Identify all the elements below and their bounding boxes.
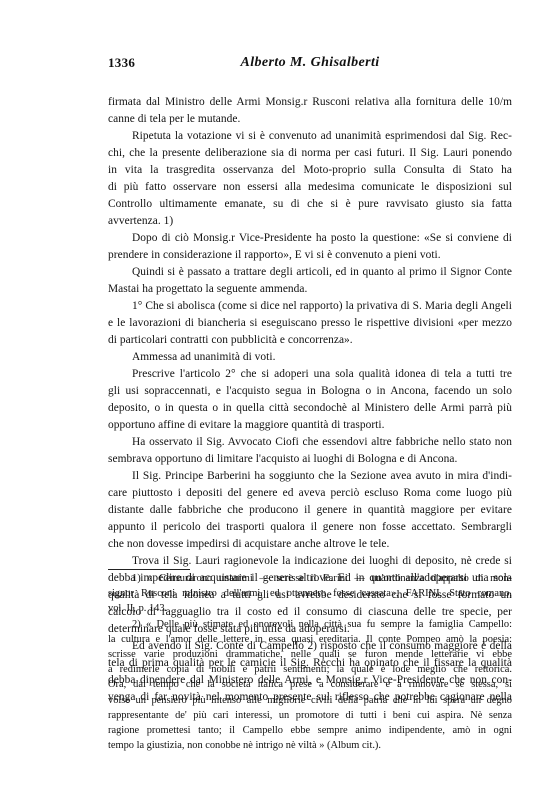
- running-title: Alberto M. Ghisalberti: [108, 55, 512, 71]
- footnote-line: signor Rusconi ministro dell'armi, ed ot…: [108, 586, 512, 601]
- footnote-line: vol. II, p. 143.: [108, 601, 512, 616]
- text-line: distante dalle fabbriche che producono i…: [108, 502, 512, 519]
- text-line: Ha osservato il Sig. Avvocato Ciofi che …: [108, 434, 512, 451]
- text-line: sembrava opportuno di limitare l'acquist…: [108, 451, 512, 468]
- text-line: di particolari contratti con pubblicità …: [108, 332, 512, 349]
- text-line: che non dovesse impedirsi di acquistare …: [108, 536, 512, 553]
- text-line: e le lavorazioni di biancheria si esegui…: [108, 315, 512, 332]
- text-line: care piuttosto i depositi del genere ed …: [108, 485, 512, 502]
- footnote-line: volse un pensiero più intenso alle migli…: [108, 693, 512, 708]
- text-line: di più fatto osservare non essersi alla …: [108, 179, 512, 196]
- page-header: 1336 Alberto M. Ghisalberti: [108, 55, 512, 73]
- footnote-line: scrisse varie produzioni drammatiche, ne…: [108, 647, 512, 662]
- text-line: Controllo ultimamente emanate, su di che…: [108, 196, 512, 213]
- scanned-book-page: 1336 Alberto M. Ghisalberti firmata dal …: [0, 0, 550, 802]
- text-line: gli usi sopraccennati, e l'acquisto segu…: [108, 383, 512, 400]
- footnote-line: rappresentante de' più cari interessi, u…: [108, 708, 512, 723]
- text-line: Trova il Sig. Lauri ragionevole la indic…: [108, 553, 512, 570]
- footnotes: 1) « Censurarono unanimi — scrisse il Fa…: [108, 571, 512, 753]
- footnote-separator-rule: [108, 569, 190, 570]
- footnote-line: a redimerle copia di nobili e patrii sen…: [108, 662, 512, 677]
- text-line: deposito, o in questa o in quella città …: [108, 400, 512, 417]
- text-line: canne di tela per le mutande.: [108, 111, 512, 128]
- footnote-line: 1) « Censurarono unanimi — scrisse il Fa…: [108, 571, 512, 586]
- footnote-line: Ora, dal tempo che la società italica pr…: [108, 677, 512, 692]
- text-line: Prescrive l'articolo 2° che si adoperi u…: [108, 366, 512, 383]
- text-line: Il Sig. Principe Barberini ha soggiunto …: [108, 468, 512, 485]
- text-line: Dopo di ciò Monsig.r Vice-Presidente ha …: [108, 230, 512, 247]
- footnote-line: ragione promettesi tanto; il Campello eb…: [108, 723, 512, 738]
- text-line: opportuno affine di evitare la maggiore …: [108, 417, 512, 434]
- text-line: 1° Che si abolisca (come si dice nel rap…: [108, 298, 512, 315]
- text-line: chi, che la presente deliberazione sia d…: [108, 145, 512, 162]
- text-line: in vita la trasgredita osservanza del Mo…: [108, 162, 512, 179]
- text-line: Mastai ha progettato la seguente ammenda…: [108, 281, 512, 298]
- footnote-line: 2) « Delle più stimate ed onorevoli nell…: [108, 617, 512, 632]
- text-line: Quindi si è passato a trattare degli art…: [108, 264, 512, 281]
- text-line: firmata dal Ministro delle Armi Monsig.r…: [108, 94, 512, 111]
- text-line: avvertenza. 1): [108, 213, 512, 230]
- text-line: Ripetuta la votazione vi si è convenuto …: [108, 128, 512, 145]
- text-line: Ammessa ad unanimità di voti.: [108, 349, 512, 366]
- footnote-line: la cultura e l'amor delle lettere in ess…: [108, 632, 512, 647]
- footnote-line: tempo la giustizia, non conobbe nè intri…: [108, 738, 512, 753]
- text-line: prendere in considerazione il rapporto»,…: [108, 247, 512, 264]
- text-line: appunto il pericolo dei trasporti qualor…: [108, 519, 512, 536]
